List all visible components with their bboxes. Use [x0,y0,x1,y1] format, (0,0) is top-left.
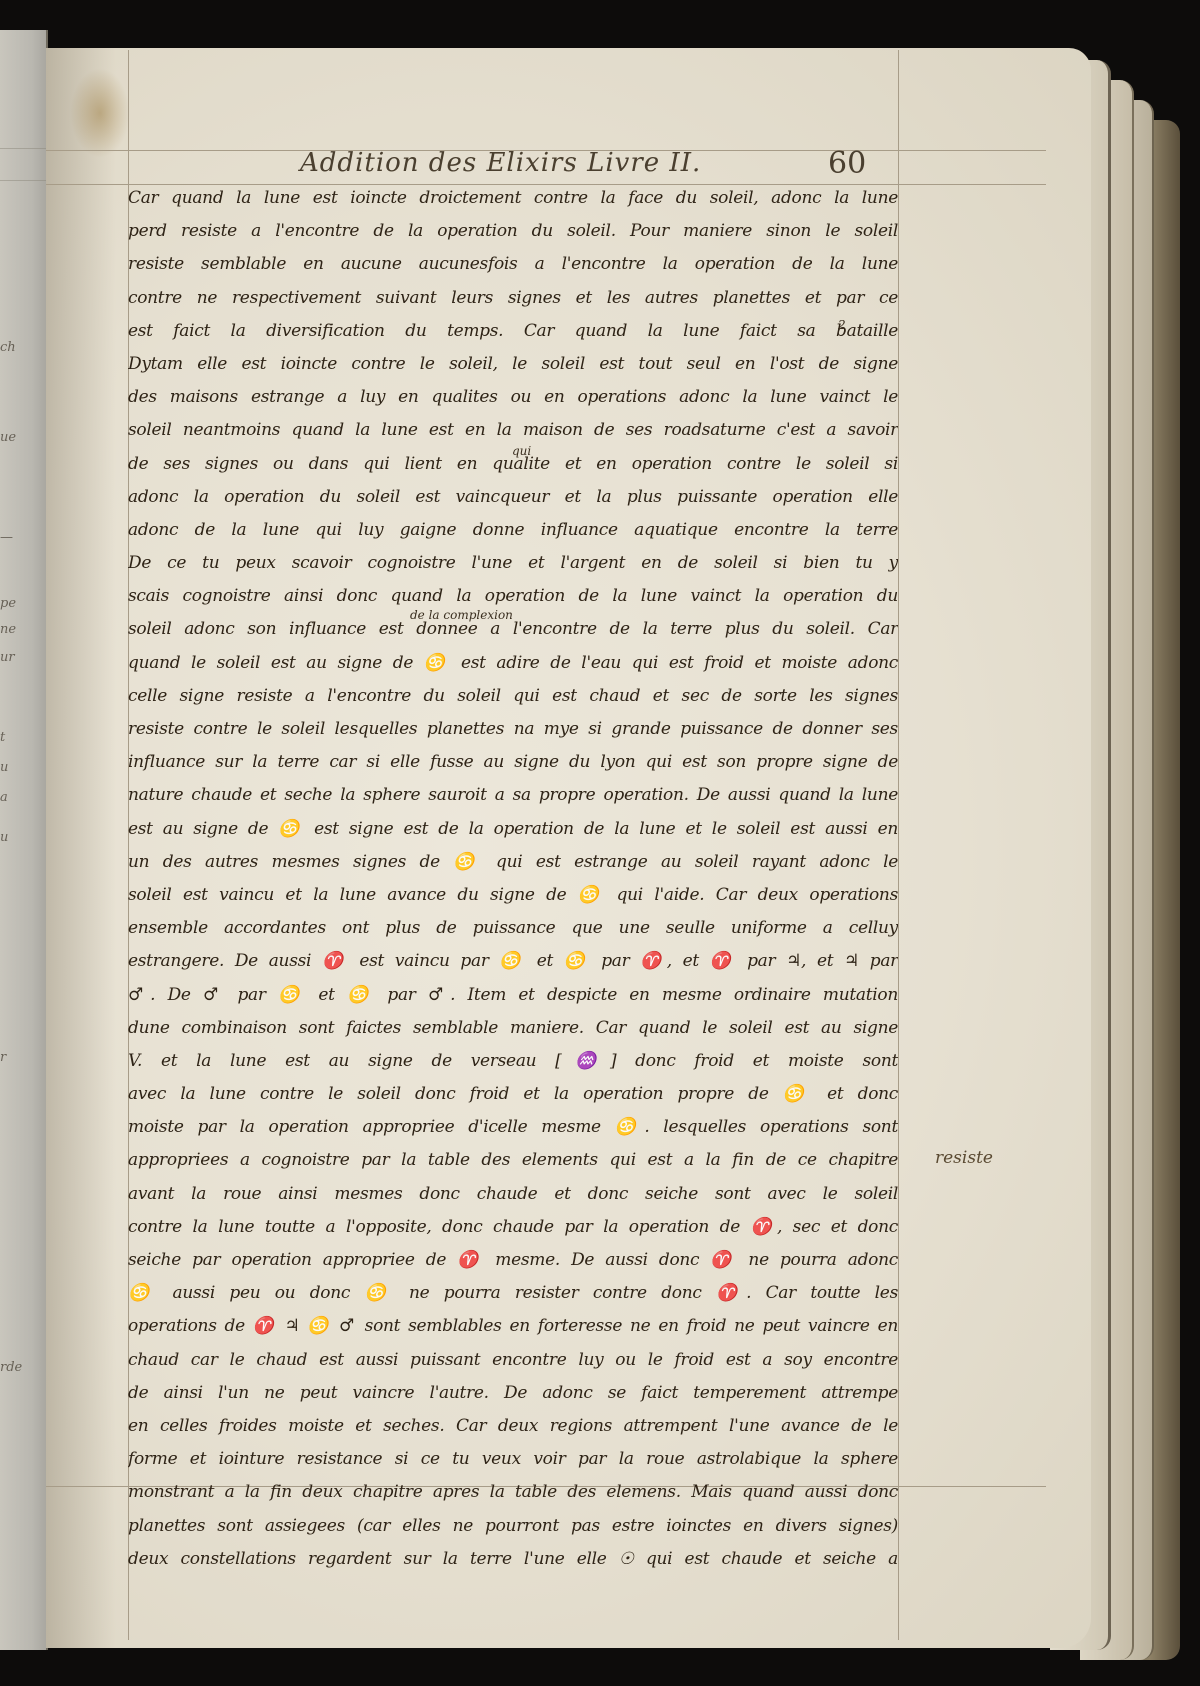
text-line: resiste semblable en aucune aucunesfois … [128,248,898,281]
gutter-shadow [46,48,116,1648]
text-line: soleil est vaincu et la lune avance du s… [128,879,898,912]
folio-number: 60 [828,146,866,181]
text-line: avant la roue ainsi mesmes donc chaude e… [128,1178,898,1211]
text-line: forme et iointure resistance si ce tu ve… [128,1443,898,1476]
text-line: est faict la diversification du temps. C… [128,315,898,348]
text-line: influance sur la terre car si elle fusse… [128,746,898,779]
interlinear-note: de la complexion [410,608,513,622]
text-line: Dytam elle est ioincte contre le soleil,… [128,348,898,381]
left-page-rule [0,180,46,181]
text-line: adonc de la lune qui luy gaigne donne in… [128,514,898,547]
text-line: des maisons estrange a luy en qualites o… [128,381,898,414]
right-margin-rule [898,50,899,1640]
text-line: est au signe de ♋ est signe est de la op… [128,813,898,846]
interlinear-note: qui [512,444,531,458]
left-page-fragment: ch [0,340,42,355]
text-line: contre ne respectivement suivant leurs s… [128,282,898,315]
left-page-fragment: t [0,730,42,745]
text-line: adonc la operation du soleil est vaincqu… [128,481,898,514]
text-line: Car quand la lune est ioincte droictemen… [128,182,898,215]
text-line: scais cognoistre ainsi donc quand la ope… [128,580,898,613]
text-line: appropriees a cognoistre par la table de… [128,1144,898,1177]
interlinear-note: 2 [838,318,846,332]
text-line: seiche par operation appropriee de ♈ mes… [128,1244,898,1277]
left-page-fragment: r [0,1050,42,1065]
text-line: quand le soleil est au signe de ♋ est ad… [128,647,898,680]
text-line: ♂. De ♂ par ♋ et ♋ par ♂. Item et despic… [128,979,898,1012]
text-line: De ce tu peux scavoir cognoistre l'une e… [128,547,898,580]
marginal-note: resiste [935,1148,993,1168]
text-line: perd resiste a l'encontre de la operatio… [128,215,898,248]
text-line: un des autres mesmes signes de ♋ qui est… [128,846,898,879]
left-page-fragment: u [0,830,42,845]
left-page-fragment: ne [0,622,42,637]
text-line: chaud car le chaud est aussi puissant en… [128,1344,898,1377]
text-line: operations de ♈ ♃ ♋ ♂ sont semblables en… [128,1310,898,1343]
text-line: dune combinaison sont faictes semblable … [128,1012,898,1045]
text-line: celle signe resiste a l'encontre du sole… [128,680,898,713]
text-line: moiste par la operation appropriee d'ice… [128,1111,898,1144]
left-facing-page: ch ue — pe ne ur t u a u r rde [0,30,48,1650]
text-line: avec la lune contre le soleil donc froid… [128,1078,898,1111]
text-line: estrangere. De aussi ♈ est vaincu par ♋ … [128,945,898,978]
manuscript-text-block: Car quand la lune est ioincte droictemen… [128,182,898,1576]
left-page-fragment: a [0,790,42,805]
text-line: contre la lune toutte a l'opposite, donc… [128,1211,898,1244]
text-line: ensemble accordantes ont plus de puissan… [128,912,898,945]
left-page-fragment: ue [0,430,42,445]
left-page-rule [0,148,46,149]
foxing-stain [70,68,130,158]
left-page-fragment: ur [0,650,42,665]
left-page-fragment: — [0,530,42,545]
text-line: planettes sont assiegees (car elles ne p… [128,1510,898,1543]
text-line: ♋ aussi peu ou donc ♋ ne pourra resister… [128,1277,898,1310]
text-line: monstrant a la fin deux chapitre apres l… [128,1476,898,1509]
left-page-fragment: pe [0,596,42,611]
left-page-fragment: u [0,760,42,775]
text-line: resiste contre le soleil lesquelles plan… [128,713,898,746]
text-line: deux constellations regardent sur la ter… [128,1543,898,1576]
text-line: soleil neantmoins quand la lune est en l… [128,414,898,447]
text-line: de ainsi l'un ne peut vaincre l'autre. D… [128,1377,898,1410]
running-title: Addition des Elixirs Livre II. [300,148,701,178]
text-line: nature chaude et seche la sphere sauroit… [128,779,898,812]
left-page-fragment: rde [0,1360,42,1375]
text-line: en celles froides moiste et seches. Car … [128,1410,898,1443]
text-line: V. et la lune est au signe de verseau [♒… [128,1045,898,1078]
text-line: soleil adonc son influance est donnee a … [128,613,898,646]
